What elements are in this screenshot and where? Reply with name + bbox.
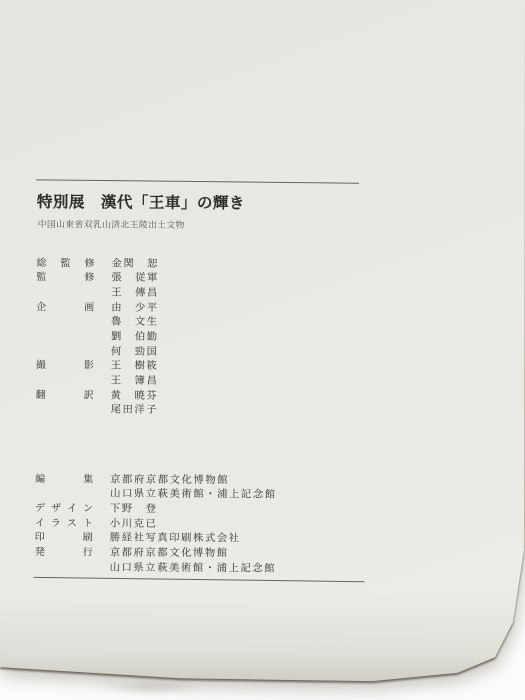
colophon-value: 山口県立萩美術館・浦上記念館 [110,558,277,574]
bottom-rule-line [34,577,365,583]
credit-row: 総監修 金関 恕 [36,254,159,269]
credit-person-name: 劉 伯勤 [111,328,159,343]
credit-role-label: 企画 [36,298,94,313]
colophon-value: 京都府京都文化博物館 [110,544,229,560]
exhibition-subtitle: 中国山東省双乳山済北王陵出土文物 [38,217,185,231]
top-rule-line [36,179,359,184]
credit-person-name: 張 従軍 [111,269,159,284]
credit-person-name: 由 少平 [111,298,159,313]
colophon-value: 下野 登 [110,500,158,515]
colophon-role-label: デザイン [35,499,93,514]
credit-row: 監修 張 従軍 [36,269,159,284]
credit-person-name: 魯 文生 [111,313,159,328]
exhibition-title: 特別展 漢代「王車」の輝き [37,190,245,213]
credit-row: 王 簿昌 [36,371,159,386]
credit-row: 撮影 王 樹筱 [36,357,159,372]
credit-role-label: 総監修 [36,254,94,269]
credit-person-name: 金関 恕 [111,254,159,269]
colophon-role-label: 編集 [35,470,93,485]
colophon-row: 山口県立萩美術館・浦上記念館 [35,558,277,574]
credit-person-name: 黄 暁芬 [111,386,159,401]
page-content: 特別展 漢代「王車」の輝き 中国山東省双乳山済北王陵出土文物 総監修 金関 恕 … [0,0,525,700]
colophon-block: 編集 京都府京都文化博物館 山口県立萩美術館・浦上記念館 デザイン 下野 登 イ… [35,470,277,574]
credit-row: 尾田洋子 [36,400,159,415]
colophon-role-label: 印刷 [35,528,93,543]
credit-row: 魯 文生 [36,313,159,328]
credit-person-name: 何 勁国 [111,342,159,357]
colophon-value: 山口県立萩美術館・浦上記念館 [110,485,277,501]
colophon-role-label: 発行 [35,543,93,558]
colophon-value: 勝経社写真印刷株式会社 [110,529,241,545]
credit-row: 翻訳 黄 暁芬 [36,386,159,401]
credit-row: 王 傳昌 [36,283,159,298]
credit-role-label: 翻訳 [36,386,94,401]
credit-role-label: 監修 [36,269,94,284]
credit-person-name: 王 傳昌 [111,284,159,299]
colophon-value: 京都府京都文化博物館 [110,470,229,486]
credit-row: 何 勁国 [36,342,159,357]
photo-of-catalog-colophon-page: 特別展 漢代「王車」の輝き 中国山東省双乳山済北王陵出土文物 総監修 金関 恕 … [0,0,525,700]
credit-person-name: 王 樹筱 [111,357,159,372]
credit-row: 劉 伯勤 [36,327,159,342]
credit-row: 企画 由 少平 [36,298,159,313]
credit-person-name: 尾田洋子 [111,401,159,416]
colophon-row: 編集 京都府京都文化博物館 [35,470,277,486]
colophon-value: 小川克已 [110,514,158,529]
credit-person-name: 王 簿昌 [111,371,159,386]
colophon-role-label: イラスト [35,514,93,529]
credits-block: 総監修 金関 恕 監修 張 従軍 王 傳昌 企画 由 少平 魯 文生 劉 伯勤 [36,254,160,416]
credit-role-label: 撮影 [36,356,94,371]
colophon-row: 発行 京都府京都文化博物館 [35,543,277,559]
